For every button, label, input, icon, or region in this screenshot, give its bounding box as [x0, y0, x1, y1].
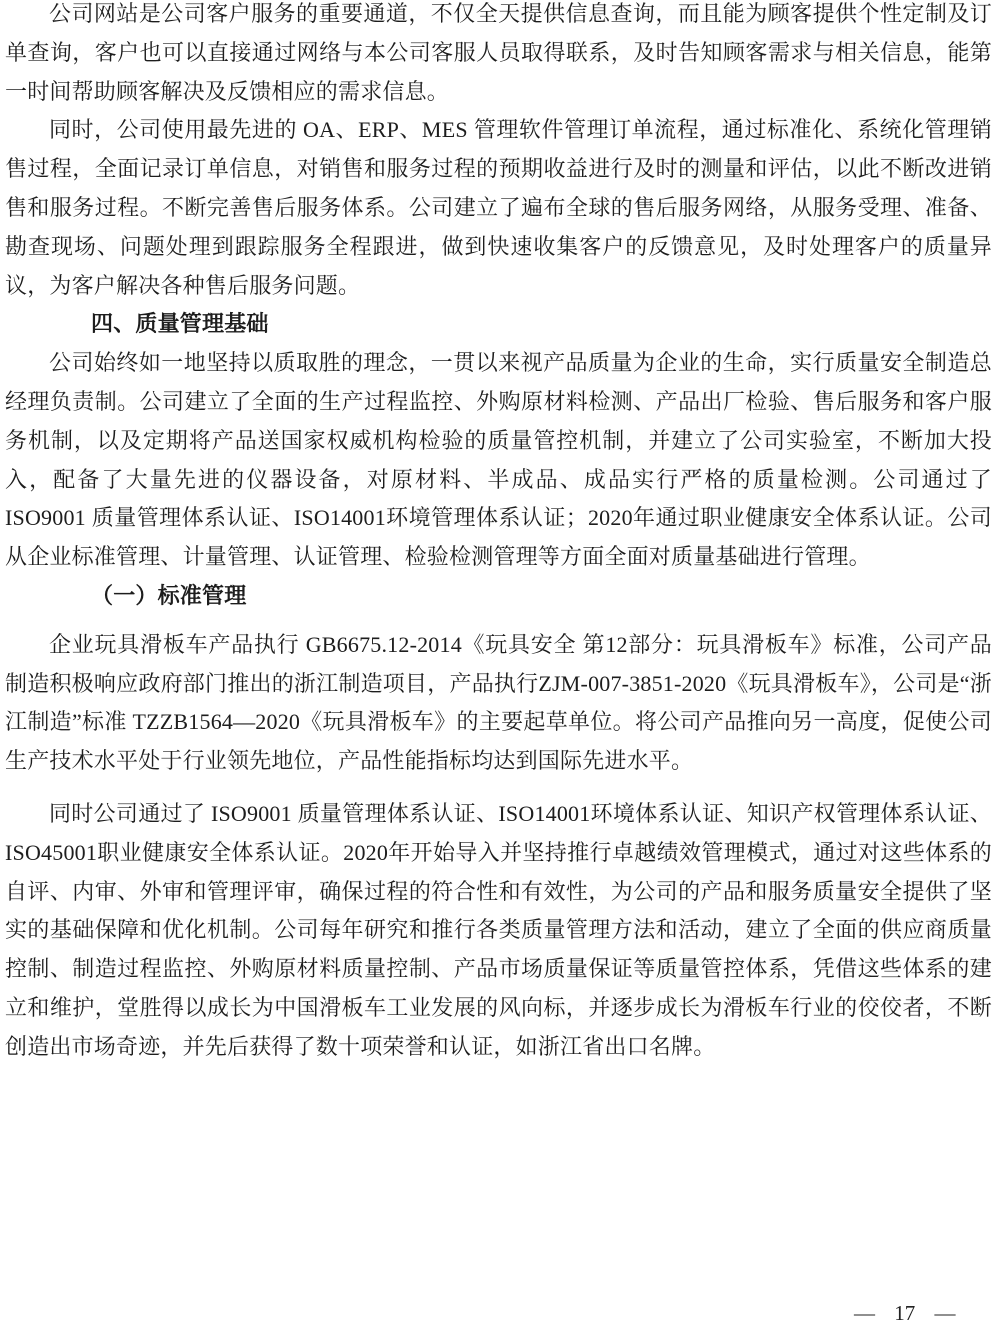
page-number: — 17 —	[854, 1301, 956, 1326]
section-heading-quality-management-basis: 四、质量管理基础	[5, 305, 992, 344]
paragraph-product-standards: 企业玩具滑板车产品执行 GB6675.12-2014《玩具安全 第12部分：玩具…	[5, 626, 992, 781]
paragraph-quality-philosophy: 公司始终如一地坚持以质取胜的理念，一贯以来视产品质量为企业的生命，实行质量安全制…	[5, 344, 992, 577]
paragraph-certifications-excellence: 同时公司通过了 ISO9001 质量管理体系认证、ISO14001环境体系认证、…	[5, 795, 992, 1067]
document-page: 公司网站是公司客户服务的重要通道，不仅全天提供信息查询，而且能为顾客提供个性定制…	[0, 0, 1000, 1333]
paragraph-company-website-service: 公司网站是公司客户服务的重要通道，不仅全天提供信息查询，而且能为顾客提供个性定制…	[5, 0, 992, 111]
document-content: 公司网站是公司客户服务的重要通道，不仅全天提供信息查询，而且能为顾客提供个性定制…	[0, 0, 1000, 1067]
paragraph-order-management-aftersales: 同时，公司使用最先进的 OA、ERP、MES 管理软件管理订单流程，通过标准化、…	[5, 111, 992, 305]
subsection-heading-standard-management: （一）标准管理	[5, 577, 992, 616]
